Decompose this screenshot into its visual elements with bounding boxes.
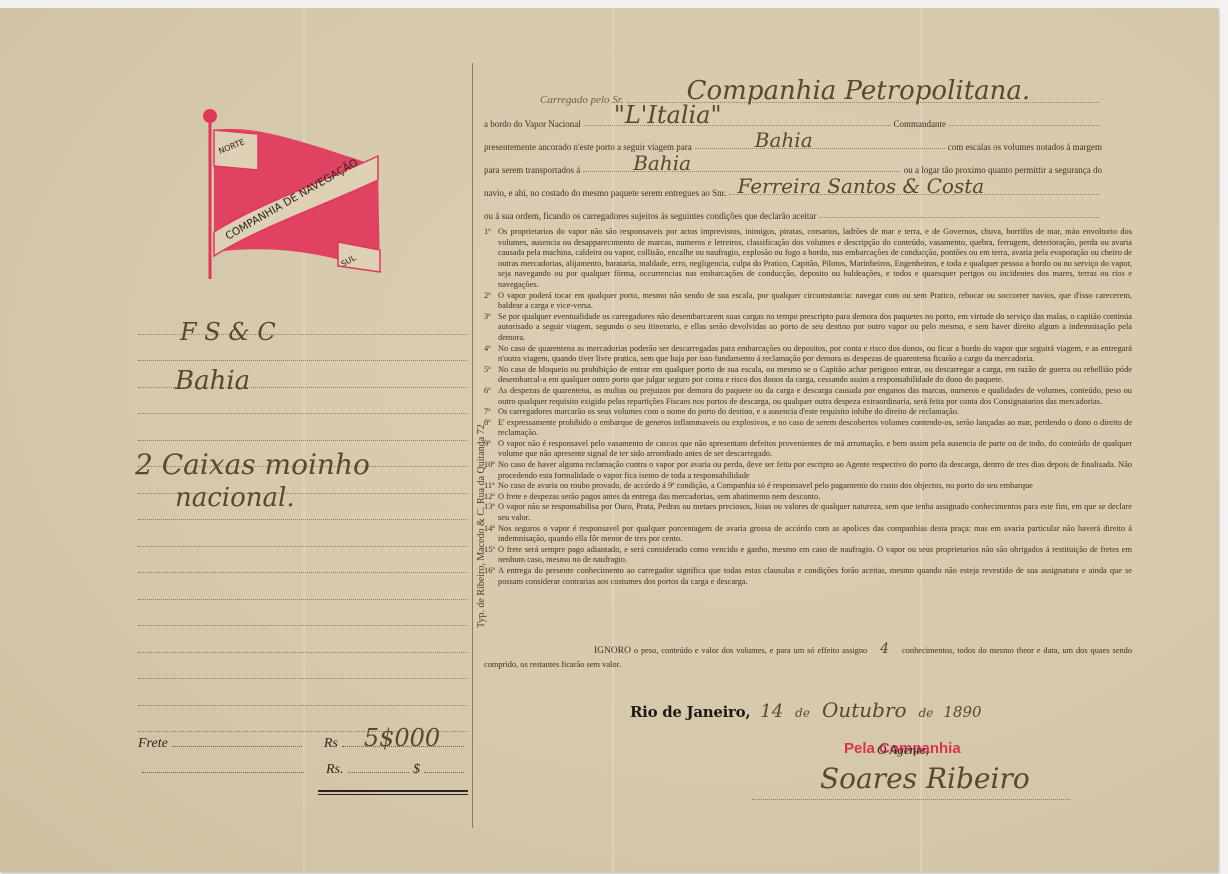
company-flag-logo: NORTE SUL COMPANHIA DE NAVEGAÇÃO [198,104,388,284]
agent-label: O Agente, [877,742,929,758]
signature-line [752,799,1070,800]
ignoro-clause: IGNORO o peso, conteúdo e valor dos volu… [484,642,1132,672]
shipper-label: Carregado pelo Sr. [484,94,624,106]
bill-of-lading-document: NORTE SUL COMPANHIA DE NAVEGAÇÃO F S & C… [0,8,1218,872]
condition-item: 13ªO vapor não se responsabilisa por Our… [484,502,1132,523]
ignoro-lead: IGNORO [484,646,631,656]
condition-item: 14ªNos seguros o vapor é responsavel por… [484,524,1132,545]
city-label: Rio de Janeiro, [630,703,750,721]
contents-handwriting-2: nacional. [175,483,295,513]
month-value: Outubro [822,698,907,722]
condition-item: 15ªO frete será sempre pago adiantado, e… [484,545,1132,566]
freight-amount: 5$000 [364,724,440,752]
voyage-suffix: com escalas os volumes notados á margem [948,142,1102,152]
condition-item: 8ªE' expressamente prohibido o embarque … [484,418,1132,439]
contents-handwriting-1: 2 Caixas moinho [135,448,370,481]
signature-block: Rio de Janeiro, 14 de Outubro de 1890 Pe… [630,698,1070,722]
transport-label: para serem transportados á [484,165,580,175]
marks-handwriting: F S & C [180,318,276,346]
commander-label: Commandante [894,119,947,129]
transport-value: Bahia [633,151,691,175]
order-label: ou á sua ordem, ficando os carregadores … [484,211,816,221]
condition-item: 3ªSe por qualquer eventualidade os carre… [484,312,1132,344]
shipper-value: Companhia Petropolitana. [687,76,1031,106]
condition-item: 2ªO vapor poderá tocar em qualquer porto… [484,291,1132,312]
condition-item: 10ªNo caso de haver alguma reclamação co… [484,460,1132,481]
condition-item: 1ªOs proprietarios do vapor não são resp… [484,227,1132,291]
consignee-value: Ferreira Santos & Costa [737,174,984,198]
vessel-value: "L'Italia" [614,101,722,129]
condition-item: 11ªNo caso de avaria ou roubo provado, d… [484,481,1132,492]
condition-item: 12ªO frete e despezas serão pagos antes … [484,492,1132,503]
condition-item: 5ªNo caso de bloqueio ou prohibição de e… [484,365,1132,386]
conditions-list: 1ªOs proprietarios do vapor não são resp… [484,227,1132,587]
year-value: 1890 [943,703,981,721]
condition-item: 4ªNo caso de quarentena as mercadorias p… [484,344,1132,365]
condition-item: 16ªA entrega do presente conhecimento ao… [484,566,1132,587]
voyage-value: Bahia [755,128,813,152]
dollar-sign: $ [413,762,420,778]
condition-item: 7ªOs carregadores marcarão os seus volum… [484,407,1132,418]
freight-section: Frete Rs 5$000 Rs. $ [138,736,468,788]
total-underline [318,790,468,795]
currency-label-2: Rs. [326,762,344,778]
destination-handwriting: Bahia [175,366,250,396]
freight-label: Frete [138,736,168,752]
copies-count: 4 [870,641,899,657]
day-value: 14 [760,701,783,722]
shipment-form: Carregado pelo Sr. Companhia Petropolita… [484,80,1102,221]
currency-label: Rs [324,736,338,752]
vessel-label: a bordo do Vapor Nacional [484,119,581,129]
agent-signature: Soares Ribeiro [820,762,1030,795]
column-divider [472,63,473,828]
condition-item: 6ªAs despezas de quarentena, as multas o… [484,386,1132,407]
delivery-label: navio, e ahi, no costado do mesmo paquet… [484,188,726,198]
condition-item: 9ªO vapor não é responsavel pelo vasamen… [484,439,1132,460]
